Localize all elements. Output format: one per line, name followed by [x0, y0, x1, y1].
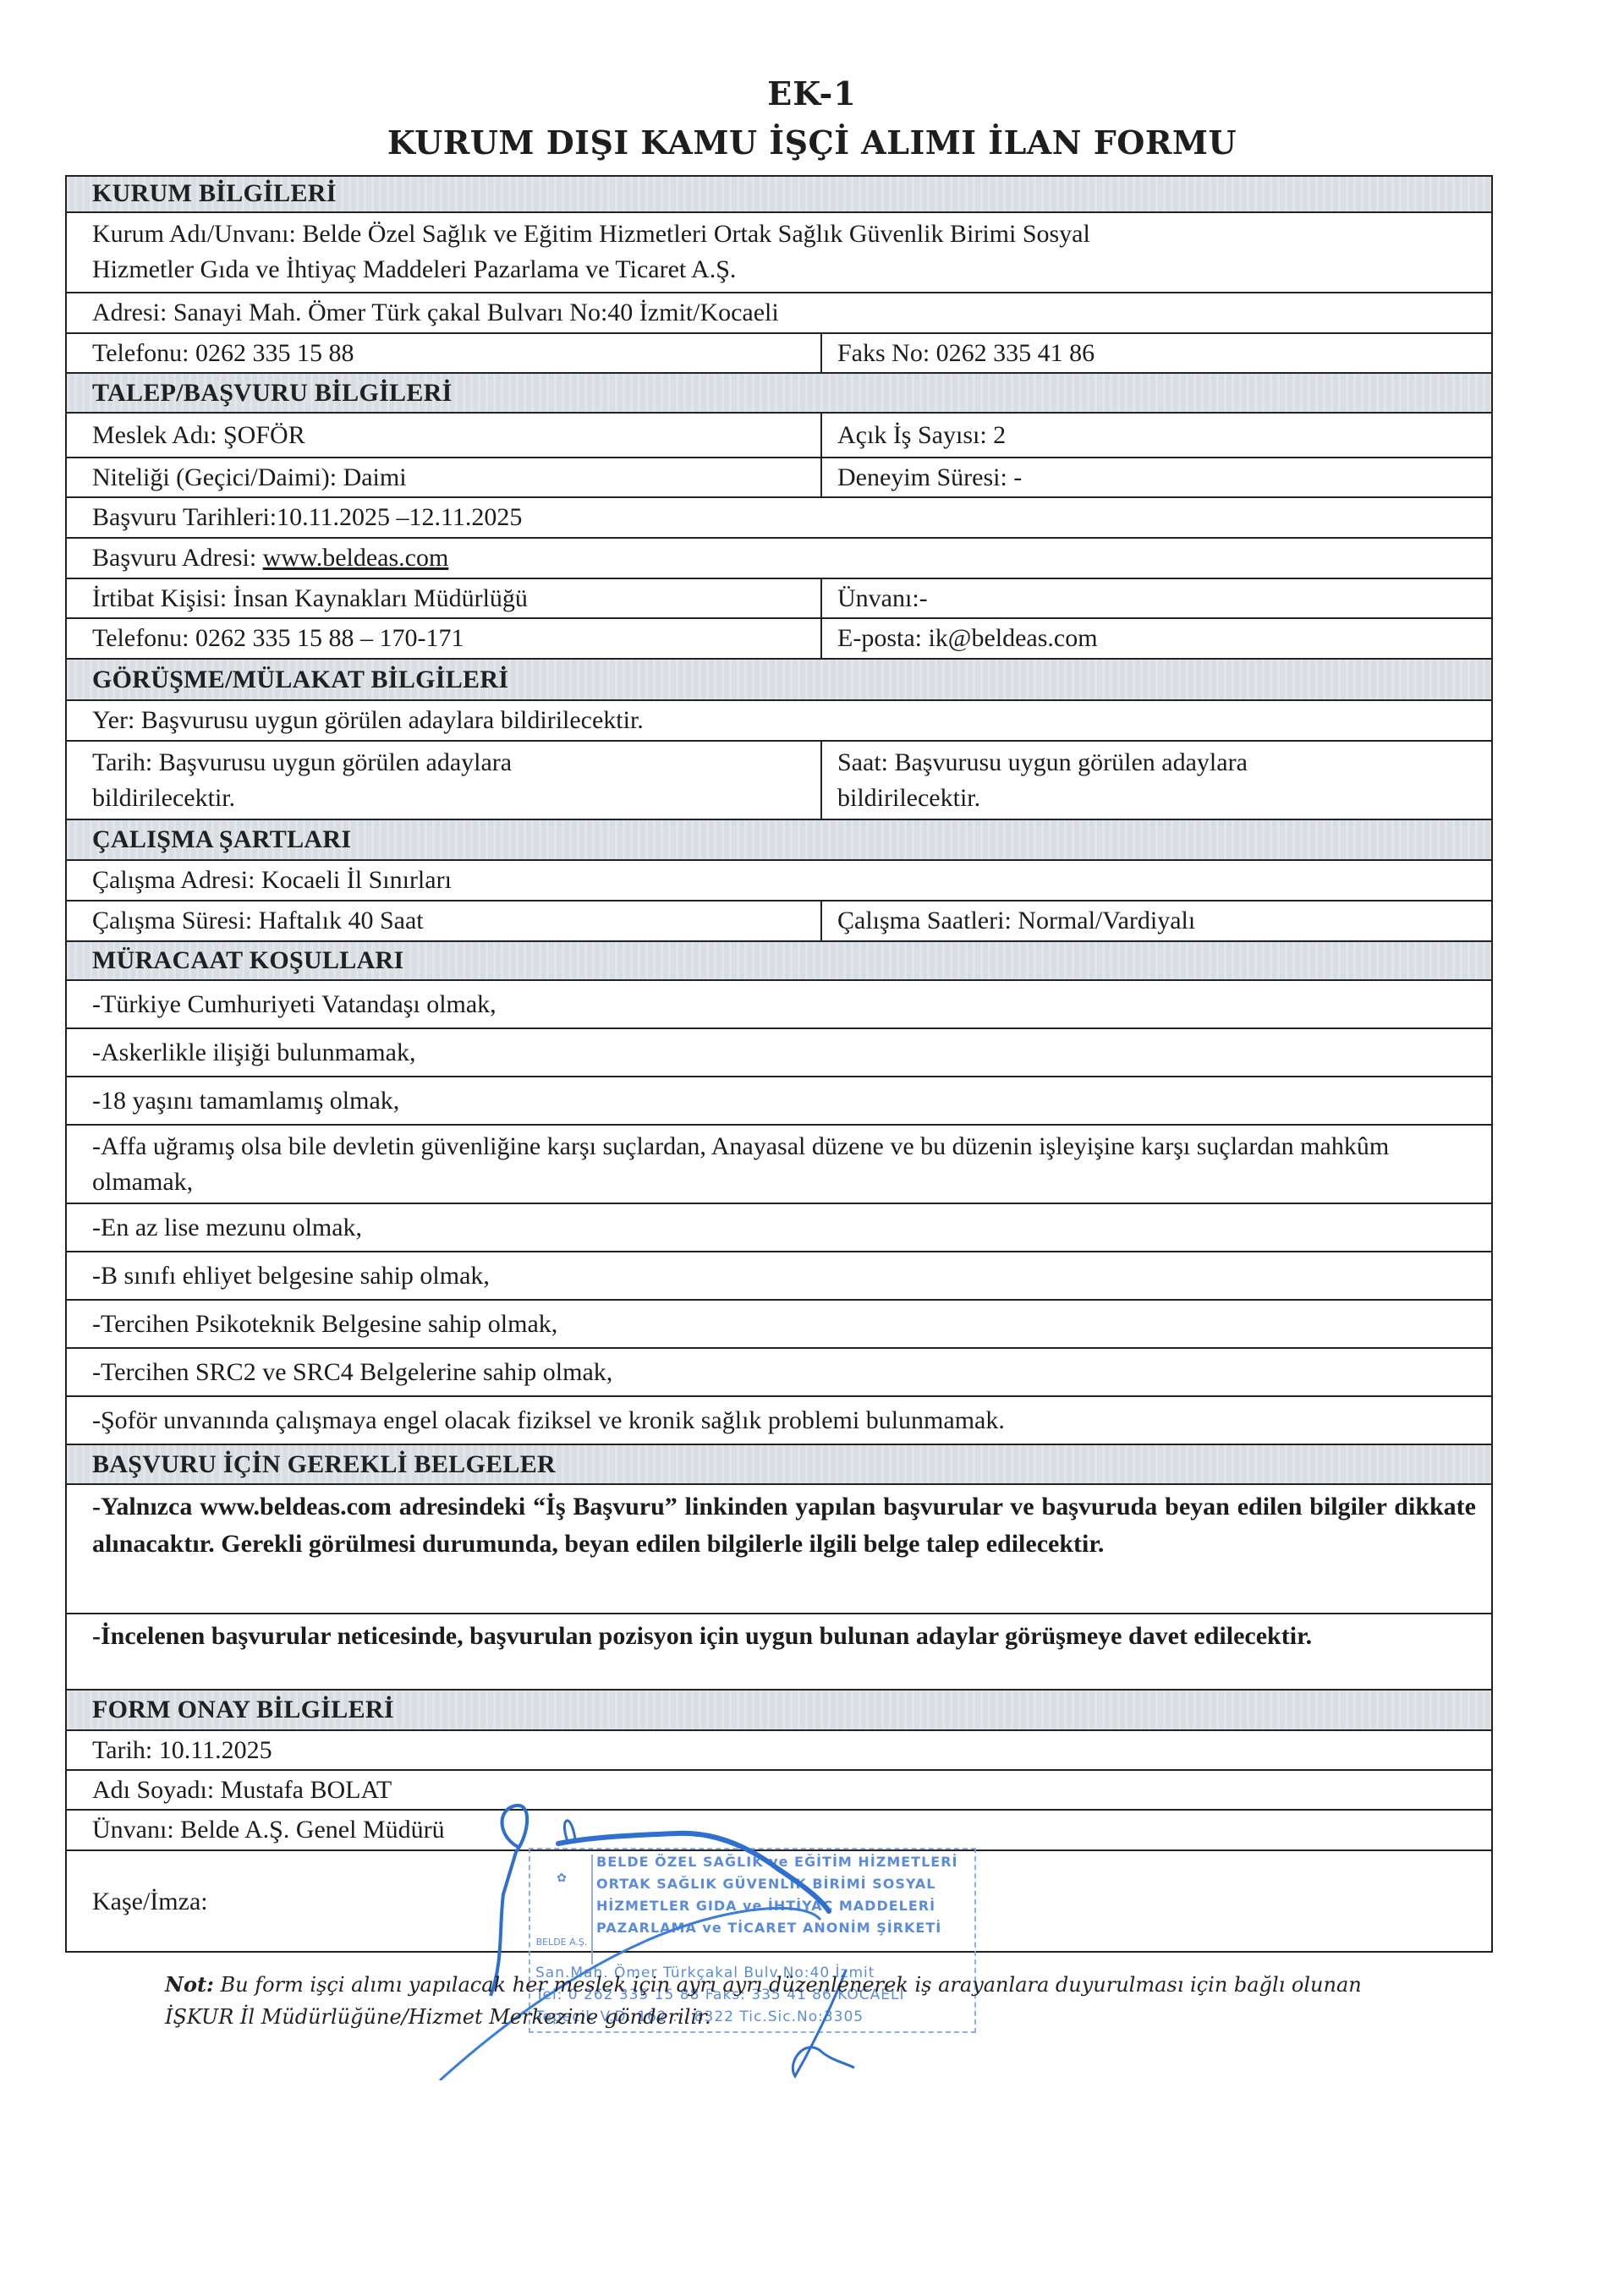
contact-email: E-posta: ik@beldeas.com — [822, 619, 1491, 658]
requirement-row: -En az lise mezunu olmak, — [67, 1204, 1491, 1252]
requirement-item: -Türkiye Cumhuriyeti Vatandaşı olmak, — [67, 981, 1491, 1027]
institution-phone-row: Telefonu: 0262 335 15 88 Faks No: 0262 3… — [67, 334, 1491, 374]
requirement-row: -B sınıfı ehliyet belgesine sahip olmak, — [67, 1252, 1491, 1301]
interview-date: Tarih: Başvurusu uygun görülen adaylara … — [67, 742, 822, 819]
stamp-logo-text: BELDE A.Ş. — [532, 1934, 591, 1951]
requirement-row: -18 yaşını tamamlamış olmak, — [67, 1077, 1491, 1126]
annex-label: EK-1 — [0, 74, 1624, 112]
stamp-line: HİZMETLER GIDA ve İHTİYAÇ MADDELERİ — [596, 1895, 968, 1917]
section-title: BAŞVURU İÇİN GEREKLİ BELGELER — [67, 1445, 1491, 1483]
application-address-link[interactable]: www.beldeas.com — [263, 544, 449, 572]
stamp-logo-icon: ✿ BELDE A.Ş. — [532, 1855, 593, 1964]
stamp-line: BELDE ÖZEL SAĞLIK ve EĞİTİM HİZMETLERİ — [596, 1851, 968, 1873]
section-title: ÇALIŞMA ŞARTLARI — [67, 820, 1491, 859]
institution-address: Adresi: Sanayi Mah. Ömer Türk çakal Bulv… — [67, 293, 1491, 332]
institution-name-row: Kurum Adı/Unvanı: Belde Özel Sağlık ve E… — [67, 213, 1491, 293]
section-title: KURUM BİLGİLERİ — [67, 177, 1491, 211]
footer-note: Not: Bu form işçi alımı yapılacak her me… — [165, 1969, 1417, 2033]
contact-title: Ünvanı:- — [822, 579, 1491, 617]
approval-date-row: Tarih: 10.11.2025 — [67, 1731, 1491, 1771]
work-duration: Çalışma Süresi: Haftalık 40 Saat — [67, 901, 822, 940]
contact-person: İrtibat Kişisi: İnsan Kaynakları Müdürlü… — [67, 579, 822, 617]
application-address-label: Başvuru Adresi: — [92, 544, 263, 572]
work-address-row: Çalışma Adresi: Kocaeli İl Sınırları — [67, 861, 1491, 901]
interview-place-row: Yer: Başvurusu uygun görülen adaylara bi… — [67, 701, 1491, 742]
requirement-row: -Şoför unvanında çalışmaya engel olacak … — [67, 1397, 1491, 1445]
institution-name-line1: Kurum Adı/Unvanı: Belde Özel Sağlık ve E… — [92, 216, 1491, 252]
interview-place: Yer: Başvurusu uygun görülen adaylara bi… — [67, 701, 1491, 740]
note-label: Not: — [165, 1972, 214, 1997]
interview-date-line2: bildirilecektir. — [92, 781, 820, 816]
job-posting-form: KURUM BİLGİLERİ Kurum Adı/Unvanı: Belde … — [65, 175, 1493, 1953]
institution-name: Kurum Adı/Unvanı: Belde Özel Sağlık ve E… — [67, 213, 1491, 292]
application-address-row: Başvuru Adresi: www.beldeas.com — [67, 539, 1491, 579]
section-onay-header: FORM ONAY BİLGİLERİ — [67, 1690, 1491, 1731]
interview-time-line2: bildirilecektir. — [837, 781, 1491, 816]
application-dates: Başvuru Tarihleri:10.11.2025 –12.11.2025 — [67, 498, 1491, 537]
section-title: FORM ONAY BİLGİLERİ — [67, 1690, 1491, 1729]
work-address: Çalışma Adresi: Kocaeli İl Sınırları — [67, 861, 1491, 900]
institution-phone: Telefonu: 0262 335 15 88 — [67, 334, 822, 372]
section-calisma-header: ÇALIŞMA ŞARTLARI — [67, 820, 1491, 861]
section-muracaat-header: MÜRACAAT KOŞULLARI — [67, 942, 1491, 981]
open-positions: Açık İş Sayısı: 2 — [822, 414, 1491, 457]
approver-name: Adı Soyadı: Mustafa BOLAT — [67, 1771, 1491, 1809]
stamp-line: ORTAK SAĞLIK GÜVENLİK BİRİMİ SOSYAL — [596, 1873, 968, 1895]
document-requirement: -Yalnızca www.beldeas.com adresindeki “İ… — [67, 1485, 1491, 1613]
interview-time: Saat: Başvurusu uygun görülen adaylara b… — [822, 742, 1491, 819]
job-nature: Niteliği (Geçici/Daimi): Daimi — [67, 458, 822, 496]
interview-datetime-row: Tarih: Başvurusu uygun görülen adaylara … — [67, 742, 1491, 820]
contact-phone-row: Telefonu: 0262 335 15 88 – 170-171 E-pos… — [67, 619, 1491, 660]
experience: Deneyim Süresi: - — [822, 458, 1491, 496]
document-requirement-row: -Yalnızca www.beldeas.com adresindeki “İ… — [67, 1485, 1491, 1614]
section-title: TALEP/BAŞVURU BİLGİLERİ — [67, 374, 1491, 412]
requirement-row: -Türkiye Cumhuriyeti Vatandaşı olmak, — [67, 981, 1491, 1029]
contact-phone: Telefonu: 0262 335 15 88 – 170-171 — [67, 619, 822, 658]
application-dates-row: Başvuru Tarihleri:10.11.2025 –12.11.2025 — [67, 498, 1491, 539]
occupation-row: Meslek Adı: ŞOFÖR Açık İş Sayısı: 2 — [67, 414, 1491, 458]
section-belgeler-header: BAŞVURU İÇİN GEREKLİ BELGELER — [67, 1445, 1491, 1485]
interview-time-line1: Saat: Başvurusu uygun görülen adaylara — [837, 745, 1491, 781]
stamp-company-name: BELDE ÖZEL SAĞLIK ve EĞİTİM HİZMETLERİ O… — [596, 1851, 968, 1939]
section-talep-header: TALEP/BAŞVURU BİLGİLERİ — [67, 374, 1491, 414]
institution-address-row: Adresi: Sanayi Mah. Ömer Türk çakal Bulv… — [67, 293, 1491, 334]
section-kurum-header: KURUM BİLGİLERİ — [67, 177, 1491, 213]
requirement-item: -En az lise mezunu olmak, — [67, 1204, 1491, 1251]
document-requirement-row: -İncelenen başvurular neticesinde, başvu… — [67, 1614, 1491, 1690]
requirement-row: -Tercihen SRC2 ve SRC4 Belgelerine sahip… — [67, 1349, 1491, 1397]
work-hours: Çalışma Saatleri: Normal/Vardiyalı — [822, 901, 1491, 940]
document-requirement: -İncelenen başvurular neticesinde, başvu… — [67, 1614, 1491, 1689]
requirement-item: -Tercihen Psikoteknik Belgesine sahip ol… — [67, 1301, 1491, 1347]
requirement-item: -Affa uğramış olsa bile devletin güvenli… — [67, 1126, 1491, 1203]
occupation: Meslek Adı: ŞOFÖR — [67, 414, 822, 457]
work-duration-row: Çalışma Süresi: Haftalık 40 Saat Çalışma… — [67, 901, 1491, 942]
requirement-item: -Şoför unvanında çalışmaya engel olacak … — [67, 1397, 1491, 1444]
section-title: MÜRACAAT KOŞULLARI — [67, 942, 1491, 979]
requirement-item: -Askerlikle ilişiği bulunmamak, — [67, 1029, 1491, 1076]
stamp-line: PAZARLAMA ve TİCARET ANONİM ŞİRKETİ — [596, 1917, 968, 1939]
interview-date-line1: Tarih: Başvurusu uygun görülen adaylara — [92, 745, 820, 781]
approver-name-row: Adı Soyadı: Mustafa BOLAT — [67, 1771, 1491, 1811]
nature-row: Niteliği (Geçici/Daimi): Daimi Deneyim S… — [67, 458, 1491, 498]
note-text: Bu form işçi alımı yapılacak her meslek … — [165, 1973, 1362, 2029]
application-address: Başvuru Adresi: www.beldeas.com — [67, 539, 1491, 578]
section-gorusme-header: GÖRÜŞME/MÜLAKAT BİLGİLERİ — [67, 660, 1491, 701]
requirement-item: -18 yaşını tamamlamış olmak, — [67, 1077, 1491, 1124]
requirement-row: -Askerlikle ilişiği bulunmamak, — [67, 1029, 1491, 1077]
institution-fax: Faks No: 0262 335 41 86 — [822, 334, 1491, 372]
requirement-item: -Tercihen SRC2 ve SRC4 Belgelerine sahip… — [67, 1349, 1491, 1395]
page-title: KURUM DIŞI KAMU İŞÇİ ALIMI İLAN FORMU — [0, 123, 1624, 162]
institution-name-line2: Hizmetler Gıda ve İhtiyaç Maddeleri Paza… — [92, 252, 1491, 288]
approval-date: Tarih: 10.11.2025 — [67, 1731, 1491, 1769]
section-title: GÖRÜŞME/MÜLAKAT BİLGİLERİ — [67, 660, 1491, 699]
requirement-item: -B sınıfı ehliyet belgesine sahip olmak, — [67, 1252, 1491, 1299]
requirement-row: -Affa uğramış olsa bile devletin güvenli… — [67, 1126, 1491, 1204]
contact-row: İrtibat Kişisi: İnsan Kaynakları Müdürlü… — [67, 579, 1491, 619]
requirement-row: -Tercihen Psikoteknik Belgesine sahip ol… — [67, 1301, 1491, 1349]
